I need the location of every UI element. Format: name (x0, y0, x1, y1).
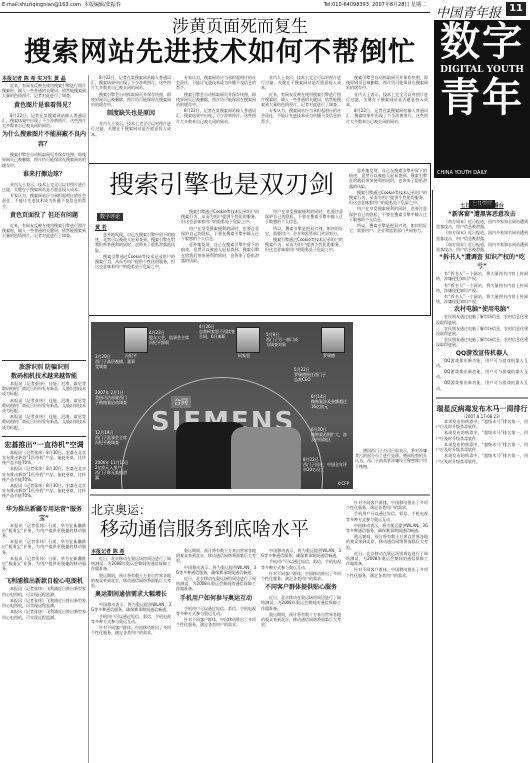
paragraph: 奥运期间，预计将有数十万来自世界各地的观众来到北京，移动通信网络将面临巨大考验。 (176, 548, 256, 564)
paragraph: 搜索引擎会自动抓取网页并保存快照，即使原网页已被删除，图片仍可能保留在搜索网站的… (91, 92, 171, 108)
subhead: 黄色图片是谁看得见？ (2, 101, 86, 111)
brief-headline: 数码相机技术越来越智能 (2, 372, 86, 381)
second-story-column-1: 本报记者 陈 希 近日，北京移动在奥运场馆周边进行了网络测试，为2008年奥运会… (91, 548, 171, 763)
second-story-column-2: 奥运期间，预计将有数十万来自世界各地的观众来到北京，移动通信网络将面临巨大考验。… (176, 548, 256, 763)
timeline-entry: 5月9日西门子另一部门成为调查对象 (266, 332, 300, 347)
paragraph: 本报讯（记者张炜）日前，华为在新疆推出“服务宝”业务，为用户提供更便捷的移动服务… (2, 523, 86, 539)
paragraph: 针对不同客户群体，中国移动推出了多项个性化服务，满足各类用户的需求。 (346, 567, 428, 577)
paragraph: 有“拆书人”一个网站，将大量图书内容上传网络，涉嫌侵犯知识产权。 (436, 271, 528, 281)
paragraph: 所以，搜索引擎是把双刃剑，如何用好它，需要用户、企业和监管部门共同努力。 (265, 226, 343, 236)
paragraph: 专家认为，搜索网站应当承担起相应的社会责任，不能让先进技术成为传播不良信息的帮手… (176, 75, 256, 91)
lead-story-column-1: 本报记者 陈 希 实习生 黄 晶 近来，有网友反映在使用搜索引擎进行图片搜索时，… (2, 75, 86, 360)
lead-story-column-5: 搜索引擎会自动抓取网页并保存快照，即使原网页已被删除，图片仍可能保留在搜索网站的… (346, 75, 428, 161)
column-rule (432, 190, 433, 763)
commentary-headline: 搜索引擎也是双刃剑 (109, 170, 334, 200)
paragraph: 业内人士表示，技术上完全可以对图片进行过滤，关键在于搜索网站是否愿意投入成本。 (91, 121, 171, 137)
subhead: 制度缺失也是原因 (91, 109, 171, 119)
paragraph: 所以，搜索引擎是把双刃剑，如何用好它，需要用户、企业和监管部门共同努力。 (349, 223, 427, 233)
paragraph: 手机用户可以通过短信、彩信、手机电视等多种方式参与奥运互动。 (91, 614, 171, 624)
paragraph: 意外地发现，自己在搜索引擎中留下的痕迹，竟然可以被他人轻易查到。搜索引擎在给我们… (349, 168, 427, 189)
infographic-caption: 德国西门子公司日前表示，将对涉嫌贪污的部分员工进行处理。德国检察机关认为，西门子… (355, 448, 427, 470)
news-headline: “新客窗”遭黑客恶意攻击 (436, 210, 528, 219)
paragraph: 中国移动表示，将为奥运提供WLAN、3G等多种通信服务，确保赛事期间通信畅通。 (346, 523, 428, 533)
paragraph: 本报讯（记者张炜）飞利浦近日推出新型家用心电图机，可实现远程监测。 (2, 586, 86, 596)
section-title-top: 数字 (434, 20, 530, 64)
lead-kicker: 涉黄页面死而复生 (130, 17, 350, 37)
paragraph: 专家认为，搜索网站应当承担起相应的社会责任，不能让先进技术成为传播不良信息的帮手… (2, 193, 86, 209)
paragraph: 业内人士表示，技术上完全可以对图片进行过滤，关键在于搜索网站是否愿意投入成本。 (2, 182, 86, 192)
commentary-column-4: 意外地发现，自己在搜索引擎中留下的痕迹，竟然可以被他人轻易查到。搜索引擎在给我们… (349, 168, 427, 313)
second-story-column-3: 中国移动表示，将为奥运提供WLAN、3G等多种通信服务，确保赛事期间通信畅通。 … (261, 548, 341, 763)
paragraph: 手机用户可以通过短信、彩信、手机电视等多种方式参与奥运互动。 (176, 606, 256, 616)
paragraph: 手机用户可以通过短信、彩信、手机电视等多种方式参与奥运互动。 (261, 559, 341, 569)
second-headline: 移动通信服务到底啥水平 (100, 517, 309, 541)
subhead: 奥运期间通信需求大幅增长 (91, 590, 171, 600)
paragraph: 手机用户可以通过短信、彩信、手机电视等多种方式参与奥运互动。 (346, 511, 428, 521)
column-rule (88, 75, 89, 763)
paragraph: 搜索引擎通过Cookie等技术记录用户的搜索行为，从而为用户提供个性化的服务，但… (181, 209, 259, 225)
timeline-entry: 6月14日贿赂案涉及金额超过16亿欧元 (311, 394, 349, 409)
paragraph: 用户在享受搜索便利的同时，也要注意保护自己的隐私，不要在搜索引擎中输入过于敏感的… (265, 209, 343, 225)
paragraph: QQ游戏推出新功能，用户可与游戏机器人互动。 (436, 369, 528, 379)
suit-figure-right (231, 427, 301, 489)
paragraph: 近来，有网友反映在使用搜索引擎进行图片搜索时，输入一些普通的关键词，依然能搜索到… (2, 223, 86, 239)
masthead-footer: CHINA YOUTH DAILY (434, 168, 530, 178)
paragraph: 意外地发现，自己在搜索引擎中留下的痕迹，竟然可以被他人轻易查到。搜索引擎在给我们… (181, 242, 259, 263)
paragraph: 中国移动表示，将为奥运提供WLAN、3G等多种通信服务，确保赛事期间通信畅通。 (91, 602, 171, 612)
commentary-column-1: 黄 若 意外地发现，自己在搜索引擎中留下的痕迹，竟然可以被他人轻易查到。搜索引擎… (95, 224, 175, 312)
paragraph: 8月22日，记者在某搜索网站输入普通词汇，搜索结果中出现了不少涉黄图片。这些图片… (176, 108, 256, 124)
right-subtag: 七日要闻 每周 看台 (436, 202, 528, 210)
commentary-box: 搜索引擎也是双刃剑 数字评论 黄 若 意外地发现，自己在搜索引擎中留下的痕迹，竟… (88, 163, 431, 316)
brief-headline: 华为推出新疆专用运营“服务宝” (2, 505, 86, 523)
paragraph: 业内人士表示，技术上完全可以对图片进行过滤，关键在于搜索网站是否愿意投入成本。 (346, 92, 428, 108)
paragraph: 8月22日，记者在某搜索网站输入普通词汇，搜索结果中出现了不少涉黄图片。这些图片… (346, 108, 428, 124)
paragraph: 本报讯（记者张炜） 佳能、尼康、索尼等数码相机厂商近日纷纷发布新品，人脸识别技术… (2, 398, 86, 414)
paragraph: 针对不同客户群体，中国移动推出了多项个性化服务，满足各类用户的需求。 (346, 500, 428, 510)
paragraph: 本报讯（记者张炜）日前，华为在新疆推出“服务宝”业务，为用户提供更便捷的移动服务… (2, 539, 86, 555)
portrait-photo (236, 327, 260, 353)
paragraph: QQ游戏推出新功能，用户可与游戏机器人互动。 (436, 380, 528, 390)
portrait-name: 罗瑞德 (323, 353, 335, 358)
brief-headline: 宏碁推出“一直待机”空调 (2, 441, 86, 450)
paragraph: 《南方周末》近日报道，国内多家知名网站遭到黑客攻击，用户信息被泄露。 (436, 230, 528, 240)
lead-story-column-2: 8月22日，记者在某搜索网站输入普通词汇，搜索结果中出现了不少涉黄图片。这些图片… (91, 75, 171, 161)
paragraph: 业内人士表示，技术上完全可以对图片进行过滤，关键在于搜索网站是否愿意投入成本。 (261, 75, 341, 91)
paragraph: 奥运期间，预计将有数十万来自世界各地的观众来到北京，移动通信网络将面临巨大考验。 (346, 534, 428, 550)
siemens-infographic: 冯纪平 柯家恩 罗瑞德 3月29日西门子高层被捕，董事受调查 4月23日股东大会… (91, 322, 353, 489)
subhead: 为什么搜索图片不能屏蔽不良内容？ (2, 130, 86, 150)
second-byline: 本报记者 陈 希 (91, 548, 171, 556)
paragraph: 近日，北京移动在奥运场馆周边进行了网络测试，为2008年奥运会期间的通信保障工作… (261, 595, 341, 611)
paragraph: 本周发布的病毒中，“超级木马”排名第一，用户应及时升级杀毒软件。 (436, 442, 528, 452)
paragraph: 农民朋友通过电脑了解市场信息，农村信息化建设取得进展。 (436, 314, 528, 324)
paragraph: 搜索引擎会自动抓取网页并保存快照，即使原网页已被删除，图片仍可能保留在搜索网站的… (346, 75, 428, 91)
timeline-entry: 5月22日罗瑞德接任西门子总裁CEO (294, 367, 328, 382)
top-info-bar: E-mail:shuziqingnian@163.com 本版编辑/张振春 Te… (0, 0, 430, 13)
paragraph: 针对不同客户群体，中国移动推出了多项个性化服务，满足各类用户的需求。 (261, 571, 341, 581)
divider (90, 494, 430, 496)
paragraph: 近日，北京移动在奥运场馆周边进行了网络测试，为2008年奥运会期间的通信保障工作… (176, 576, 256, 592)
paragraph: 专家认为，搜索网站应当承担起相应的社会责任，不能让先进技术成为传播不良信息的帮手… (261, 108, 341, 124)
subhead: 手机用户如何参与奥运互动 (176, 594, 256, 604)
header-date: Tel:010-64098393 2007年8月28日 星期二 (324, 0, 426, 11)
paragraph: 8月22日，记者在某搜索网站输入普通词汇，搜索结果中出现了不少涉黄图片。这些图片… (2, 113, 86, 129)
photo-credit: ©CFP (337, 481, 349, 486)
commentary-column-2: 搜索引擎通过Cookie等技术记录用户的搜索行为，从而为用户提供个性化的服务，但… (181, 209, 259, 313)
paragraph: 本报讯（记者张炜）日前，华为在新疆推出“服务宝”业务，为用户提供更便捷的移动服务… (2, 556, 86, 572)
paragraph: 本周发布的病毒中，“超级木马”排名第一，用户应及时升级杀毒软件。 (436, 430, 528, 440)
paragraph: 《南方周末》近日报道，国内多家知名网站遭到黑客攻击，用户信息被泄露。 (436, 242, 528, 252)
lead-byline: 本报记者 陈 希 实习生 黄 晶 (2, 75, 86, 83)
second-story-column-4: 针对不同客户群体，中国移动推出了多项个性化服务，满足各类用户的需求。 手机用户可… (346, 500, 428, 763)
paragraph: 有“拆书人”一个网站，将大量图书内容上传网络，涉嫌侵犯知识产权。 (436, 283, 528, 293)
portrait-name: 柯家恩 (238, 353, 250, 358)
timeline-entry: 6月20日贿赂案范围扩大，涉及中国地区 (311, 427, 349, 442)
paragraph: 搜索引擎通过Cookie等技术记录用户的搜索行为，从而为用户提供个性化的服务，但… (265, 237, 343, 253)
paragraph: 搜索引擎会自动抓取网页并保存快照，即使原网页已被删除，图片仍可能保留在搜索网站的… (2, 152, 86, 168)
second-kicker: 北京奥运： (91, 503, 151, 517)
paragraph: 搜索引擎通过Cookie等技术记录用户的搜索行为，从而为用户提供个性化的服务，但… (349, 190, 427, 206)
divider (2, 436, 86, 437)
divider (436, 397, 528, 399)
paragraph: 意外地发现，自己在搜索引擎中留下的痕迹，竟然可以被他人轻易查到。搜索引擎在给我们… (95, 232, 175, 253)
divider (2, 360, 86, 361)
paragraph: 中国移动表示，将为奥运提供WLAN、3G等多种通信服务，确保赛事期间通信畅通。 (176, 565, 256, 575)
timeline-entry: 8月22日西门子回应，中国全年评审20名员工 (303, 457, 347, 472)
paragraph: 有“拆书人”一个网站，将大量图书内容上传网络，涉嫌侵犯知识产权。 (436, 294, 528, 304)
commentary-byline: 黄 若 (95, 224, 175, 232)
news-headline: 瑞星反病毒发布木马一周排行 (436, 405, 528, 414)
news-headline: QQ游戏宣传机器人 (436, 349, 528, 358)
timeline-entry: 2006年 11月15日2亿欧元入黑户，西门子称无数据泄漏 (95, 460, 129, 480)
subhead: 谁来打擦边球？ (2, 170, 86, 180)
page-number: 11 (506, 2, 526, 16)
news-headline: “拆书人”遭调查 知识产权的“吃亏” (436, 253, 528, 271)
paragraph: 本报讯（记者张炜）8月30日，宏碁在北京宣布推出新款“1匹待机”产品，能耗更低，… (2, 466, 86, 482)
lead-story-column-4: 业内人士表示，技术上完全可以对图片进行过滤，关键在于搜索网站是否愿意投入成本。 … (261, 75, 341, 161)
lead-story-column-3: 专家认为，搜索网站应当承担起相应的社会责任，不能让先进技术成为传播不良信息的帮手… (176, 75, 256, 161)
timeline-entry: 12月19日西门子监事会主席冯纪平被调查 (95, 430, 127, 445)
commentary-column-3: 用户在享受搜索便利的同时，也要注意保护自己的隐私，不要在搜索引擎中输入过于敏感的… (265, 209, 343, 313)
timeline-entry: 3月29日西门子高层被捕，董事受调查 (95, 354, 135, 369)
section-title-bottom: 青年 (434, 76, 530, 120)
paragraph: 本报讯（记者张炜）8月30日，宏碁在北京宣布推出新款“1匹待机”产品，能耗更低，… (2, 450, 86, 466)
paragraph: 本周发布的病毒中，“超级木马”排名第一，用户应及时升级杀毒软件。 (436, 453, 528, 463)
timeline-entry: 4月26日总裁柯家恩不再续签合同，6月离职 (199, 324, 235, 339)
paragraph: 本周发布的病毒中，“超级木马”排名第一，用户应及时升级杀毒软件。 (436, 419, 528, 429)
contract-badge: 合同 (171, 396, 191, 408)
paragraph: 本报讯（记者张炜）8月30日，宏碁在北京宣布推出新款“1匹待机”产品，能耗更低，… (2, 483, 86, 499)
right-news-column: 七日要闻 每周 看台 “新客窗”遭黑客恶意攻击 《南方周末》近日报道，国内多家知… (436, 202, 528, 763)
paragraph: 农民朋友通过电脑了解市场信息，农村信息化建设取得进展。 (436, 326, 528, 336)
paragraph: 近日，北京移动在奥运场馆周边进行了网络测试，为2008年奥运会期间的通信保障工作… (91, 556, 171, 572)
paragraph: 8月22日，记者在某搜索网站输入普通词汇，搜索结果中出现了不少涉黄图片。这些图片… (91, 75, 171, 91)
paragraph: 本报讯（记者张炜）飞利浦近日推出新型家用心电图机，可实现远程监测。 (2, 609, 86, 619)
portrait-photo (321, 327, 345, 353)
paragraph: 搜索引擎通过Cookie等技术记录用户的搜索行为，从而为用户提供个性化的服务，但… (95, 254, 175, 270)
timeline-entry: 2007年 2月1日美国司法部就西门子贿赂案启动调查 (95, 390, 129, 405)
paragraph: QQ游戏推出新功能，用户可与游戏机器人互动。 (436, 358, 528, 368)
paragraph: 本报讯（记者张炜）飞利浦近日推出新型家用心电图机，可实现远程监测。 (2, 598, 86, 608)
paragraph: 近来，有网友反映在使用搜索引擎进行图片搜索时，输入一些普通的关键词，依然能搜索到… (2, 83, 86, 99)
header-email: E-mail:shuziqingnian@163.com 本版编辑/张振春 (2, 0, 121, 11)
paragraph: 本报讯（记者张炜） 佳能、尼康、索尼等数码相机厂商近日纷纷发布新品，人脸识别技术… (2, 381, 86, 397)
paragraph: 近日，北京移动在奥运场馆周边进行了网络测试，为2008年奥运会期间的通信保障工作… (346, 551, 428, 567)
subhead: 不同客户群体提供贴心服务 (261, 583, 341, 593)
paragraph: 奥运期间，预计将有数十万来自世界各地的观众来到北京，移动通信网络将面临巨大考验。 (91, 573, 171, 589)
left-briefs-column: 旅游识别 防骗识别 数码相机技术越来越智能 本报讯（记者张炜） 佳能、尼康、索尼… (2, 363, 86, 763)
caption-text: 德国西门子公司日前表示，将对涉嫌贪污的部分员工进行处理。德国检察机关认为，西门子… (355, 448, 427, 469)
paragraph: 针对不同客户群体，中国移动推出了多项个性化服务，满足各类用户的需求。 (176, 617, 256, 627)
portrait-photo (124, 327, 148, 353)
paragraph: 农民朋友通过电脑了解市场信息，农村信息化建设取得进展。 (436, 337, 528, 347)
timeline-entry: 4月23日股东大会，监事会主席冯纪平辞职 (149, 330, 189, 345)
paragraph: 用户在享受搜索便利的同时，也要注意保护自己的隐私，不要在搜索引擎中输入过于敏感的… (181, 226, 259, 242)
subhead: 黄色页面没了 但还有问题 (2, 211, 86, 221)
paragraph: 近来，有网友反映在使用搜索引擎进行图片搜索时，输入一些普通的关键词，依然能搜索到… (261, 92, 341, 108)
paragraph: 针对不同客户群体，中国移动推出了多项个性化服务，满足各类用户的需求。 (91, 625, 171, 635)
paragraph: 本报讯（记者张炜） 佳能、尼康、索尼等数码相机厂商近日纷纷发布新品，人脸识别技术… (2, 414, 86, 430)
lead-headline: 搜索网站先进技术如何不帮倒忙 (10, 37, 430, 69)
paragraph: 奥运期间，预计将有数十万来自世界各地的观众来到北京，移动通信网络将面临巨大考验。 (261, 612, 341, 628)
section-title-block: 数字 DIGITAL YOUTH 青年 (434, 20, 530, 168)
paragraph: 搜索引擎会自动抓取网页并保存快照，即使原网页已被删除，图片仍可能保留在搜索网站的… (176, 92, 256, 108)
paragraph: 中国移动表示，将为奥运提供WLAN、3G等多种通信服务，确保赛事期间通信畅通。 (261, 548, 341, 558)
paragraph: 用户在享受搜索便利的同时，也要注意保护自己的隐私，不要在搜索引擎中输入过于敏感的… (349, 206, 427, 222)
section-masthead: 中国青年报 11 数字 DIGITAL YOUTH 青年 CHINA YOUTH… (434, 0, 530, 190)
brief-kicker: 旅游识别 防骗识别 (2, 363, 86, 372)
paragraph: 《南方周末》近日报道，国内多家知名网站遭到黑客攻击，用户信息被泄露。 (436, 219, 528, 229)
commentary-tag: 数字评论 (97, 213, 123, 221)
